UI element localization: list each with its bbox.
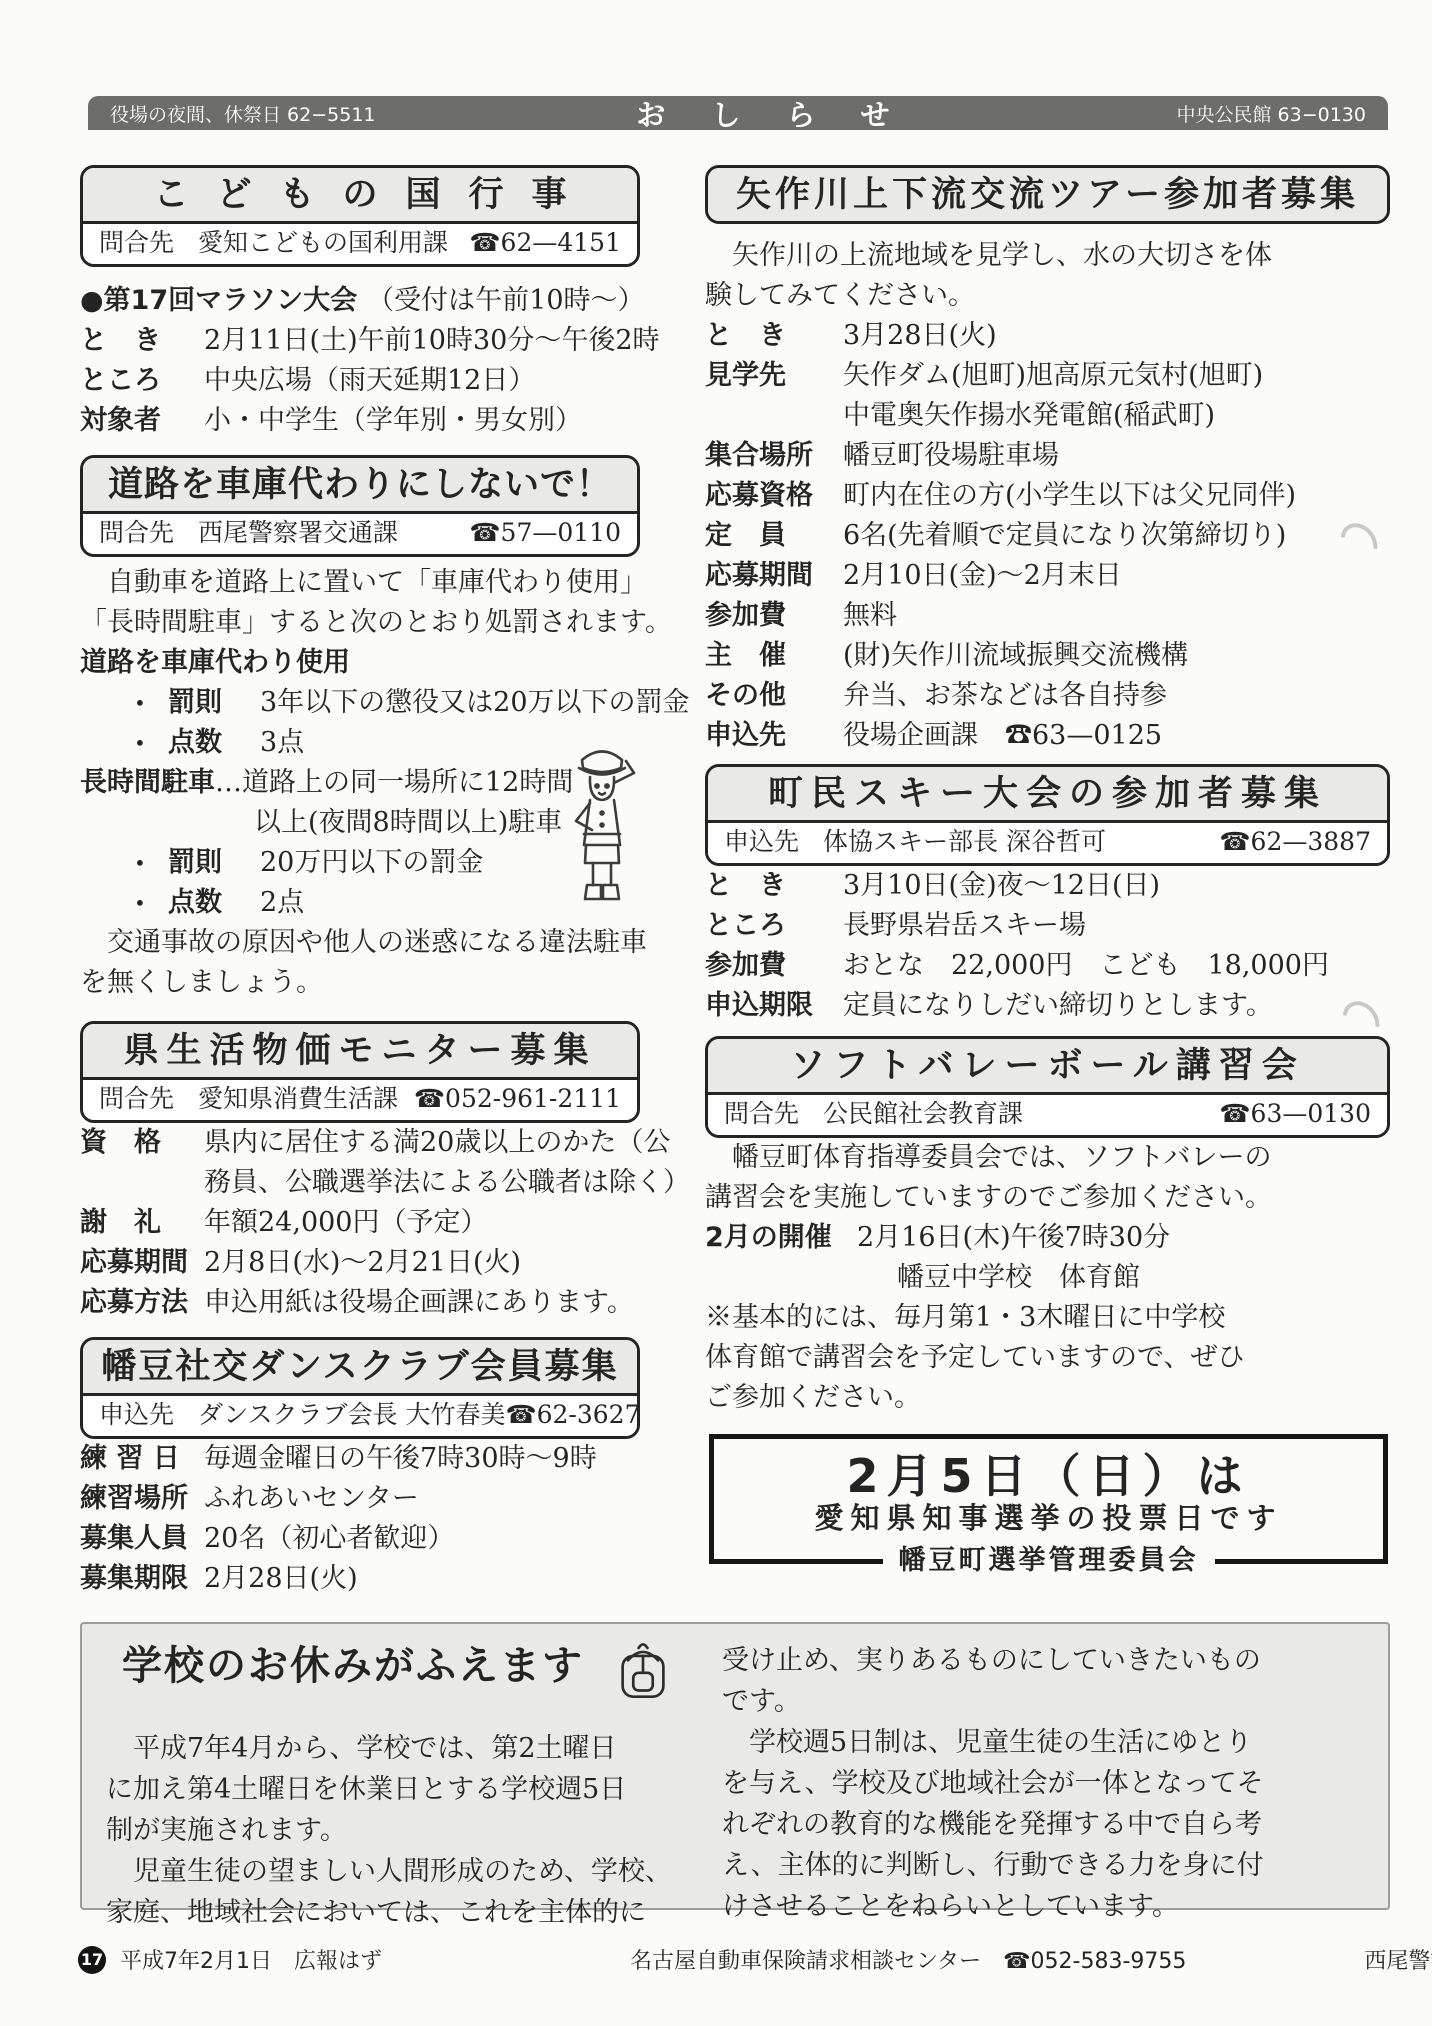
- paragraph-line: に加え第4土曜日を休業日とする学校週5日: [106, 1769, 700, 1810]
- info-row: ところ 中央広場（雨天延期12日）: [80, 361, 640, 401]
- backpack-icon: [612, 1636, 674, 1710]
- section-monitor-box: 県生活物価モニター募集 問合先 愛知県消費生活課 ☎052-961-2111: [80, 1021, 640, 1123]
- section-road-box: 道路を車庫代わりにしないで！ 問合先 西尾警察署交通課 ☎57—0110: [80, 455, 640, 557]
- page-footer: 17 平成7年2月1日 広報はず 名古屋自動車保険請求相談センター ☎052-5…: [78, 1944, 1408, 1975]
- section-title: 道路を車庫代わりにしないで！: [83, 458, 637, 514]
- contact-phone: ☎62—4151: [469, 230, 621, 255]
- row-label: 2月の開催: [705, 1218, 857, 1258]
- row-label: 対象者: [80, 401, 204, 441]
- info-row: 応募期間 2月10日(金)〜2月末日: [705, 556, 1390, 596]
- header-left-phone: 役場の夜間、休祭日 62−5511: [110, 100, 376, 127]
- info-row: 練習場所 ふれあいセンター: [80, 1479, 640, 1519]
- section-volley-box: ソフトバレーボール講習会 問合先 公民館社会教育課 ☎63—0130: [705, 1036, 1390, 1138]
- section-ski-box: 町民スキー大会の参加者募集 申込先 体協スキー部長 深谷哲可 ☎62—3887: [705, 764, 1390, 866]
- section-title: ソフトバレーボール講習会: [708, 1039, 1387, 1095]
- section-title: 矢作川上下流交流ツアー参加者募集: [708, 168, 1387, 221]
- info-row: 集合場所 幡豆町役場駐車場: [705, 436, 1390, 476]
- contact-label: 問合先: [99, 1086, 174, 1111]
- row-value: おとな 22,000円 こども 18,000円: [843, 946, 1329, 986]
- row-value: 定員になりしだい締切りとします。: [843, 986, 1273, 1026]
- info-row-continuation: 務員、公職選挙法による公職者は除く）: [80, 1163, 640, 1203]
- info-row: 応募方法 申込用紙は役場企画課にあります。: [80, 1283, 640, 1323]
- info-row: その他 弁当、お茶などは各自持参: [705, 676, 1390, 716]
- row-label: 見学先: [705, 356, 843, 396]
- row-label: 集合場所: [705, 436, 843, 476]
- row-label: ところ: [705, 906, 843, 946]
- contact-label: 申込先: [99, 1402, 174, 1427]
- row-value: 2月10日(金)〜2月末日: [843, 556, 1122, 596]
- row-value: 20万円以下の罰金: [260, 843, 483, 883]
- school-section-title: 学校のお休みがふえます: [122, 1642, 584, 1690]
- section-contact: 問合先 愛知県消費生活課 ☎052-961-2111: [83, 1080, 637, 1120]
- bullet-icon: •: [134, 843, 168, 883]
- row-value: (財)矢作川流域振興交流機構: [843, 636, 1188, 676]
- info-row: 謝 礼 年額24,000円（予定）: [80, 1203, 640, 1243]
- row-value: 無料: [843, 596, 897, 636]
- section-contact: 問合先 愛知こどもの国利用課 ☎62—4151: [83, 224, 637, 264]
- section-tour-box: 矢作川上下流交流ツアー参加者募集: [705, 165, 1390, 224]
- row-label: その他: [705, 676, 843, 716]
- election-subtitle: 愛知県知事選挙の投票日です: [714, 1501, 1383, 1535]
- contact-phone: ☎052-961-2111: [414, 1086, 621, 1111]
- section-contact: 問合先 西尾警察署交通課 ☎57—0110: [83, 514, 637, 554]
- schedule-row: 2月の開催 2月16日(木)午後7時30分: [705, 1218, 1390, 1258]
- contact-name: 体協スキー部長 深谷哲可: [823, 829, 1106, 854]
- row-value: 長野県岩岳スキー場: [843, 906, 1086, 946]
- row-label: 定 員: [705, 516, 843, 556]
- school-section-left: 学校のお休みがふえます 平成7年4月から、学校では、第2土曜日 に加え第4土曜日…: [82, 1624, 700, 1908]
- bullet-icon: •: [134, 683, 168, 723]
- row-label: 練習場所: [80, 1479, 204, 1519]
- footer-police-contact: 西尾警察署の「困りごと相談」☎57−7837: [1364, 1944, 1432, 1975]
- row-value: 2月11日(土)午前10時30分〜午後2時: [204, 321, 660, 361]
- row-label: 罰則: [168, 683, 260, 723]
- row-value: 3月28日(火): [843, 316, 997, 356]
- paragraph-line: 「長時間駐車」すると次のとおり処罰されます。: [80, 603, 640, 643]
- election-committee: 幡豆町選挙管理委員会: [883, 1541, 1215, 1581]
- school-holiday-section: 学校のお休みがふえます 平成7年4月から、学校では、第2土曜日 に加え第4土曜日…: [80, 1622, 1390, 1910]
- paragraph-line: 平成7年4月から、学校では、第2土曜日: [106, 1728, 700, 1769]
- row-value: 2点: [260, 883, 304, 923]
- paragraph-line: 験してみてください。: [705, 276, 1390, 316]
- paragraph-line: 講習会を実施していますのでご参加ください。: [705, 1178, 1390, 1218]
- newsletter-page: 役場の夜間、休祭日 62−5511 おしらせ 中央公民館 63−0130 こども…: [0, 0, 1432, 2026]
- row-value: 6名(先着順で定員になり次第締切り): [843, 516, 1286, 556]
- subheading-garage: 道路を車庫代わり使用: [80, 643, 640, 683]
- section-title: 町民スキー大会の参加者募集: [708, 767, 1387, 823]
- contact-label: 申込先: [724, 829, 799, 854]
- row-label: ところ: [80, 361, 204, 401]
- school-section-right: 受け止め、実りあるものにしていきたいもの です。 学校週5日制は、児童生徒の生活…: [700, 1624, 1388, 1908]
- info-row: 練 習 日 毎週金曜日の午後7時30時〜9時: [80, 1439, 640, 1479]
- footer-insurance-contact: 名古屋自動車保険請求相談センター ☎052-583-9755: [630, 1944, 1186, 1975]
- row-label: 謝 礼: [80, 1203, 204, 1243]
- school-title-row: 学校のお休みがふえます: [122, 1642, 700, 1710]
- row-label: 罰則: [168, 843, 260, 883]
- row-label: 応募期間: [705, 556, 843, 596]
- info-row: ところ 長野県岩岳スキー場: [705, 906, 1390, 946]
- contact-name: ダンスクラブ会長 大竹春美: [198, 1402, 505, 1427]
- info-row: と き 3月10日(金)夜〜12日(日): [705, 866, 1390, 906]
- paragraph-line: 児童生徒の望ましい人間形成のため、学校、: [106, 1851, 700, 1892]
- row-label: 応募期間: [80, 1243, 204, 1283]
- page-header-bar: 役場の夜間、休祭日 62−5511 おしらせ 中央公民館 63−0130: [88, 96, 1388, 130]
- info-row: 資 格 県内に居住する満20歳以上のかた（公: [80, 1123, 640, 1163]
- event-note: （受付は午前10時〜）: [367, 285, 644, 316]
- info-row: 参加費 無料: [705, 596, 1390, 636]
- row-label-spacer: [705, 396, 843, 436]
- section-contact: 申込先 体協スキー部長 深谷哲可 ☎62—3887: [708, 823, 1387, 863]
- bullet-icon: •: [134, 883, 168, 923]
- paragraph-line: 学校週5日制は、児童生徒の生活にゆとり: [722, 1722, 1376, 1763]
- info-row: 申込期限 定員になりしだい締切りとします。: [705, 986, 1390, 1026]
- paragraph-line: 受け止め、実りあるものにしていきたいもの: [722, 1640, 1376, 1681]
- row-value: 中電奥矢作揚水発電館(稲武町): [843, 396, 1215, 436]
- row-value: 2月8日(水)〜2月21日(火): [204, 1243, 521, 1283]
- row-value: 3点: [260, 723, 304, 763]
- paragraph-line: です。: [722, 1681, 1376, 1722]
- info-row: 主 催 (財)矢作川流域振興交流機構: [705, 636, 1390, 676]
- contact-label: 問合先: [99, 230, 174, 255]
- row-value: 中央広場（雨天延期12日）: [204, 361, 535, 401]
- policeman-illustration: [552, 733, 652, 913]
- footer-date: 平成7年2月1日 広報はず: [120, 1944, 382, 1975]
- page-title: おしらせ: [616, 93, 935, 134]
- section-title: 幡豆社交ダンスクラブ会員募集: [83, 1340, 637, 1396]
- section-dance-box: 幡豆社交ダンスクラブ会員募集 申込先 ダンスクラブ会長 大竹春美 ☎62-362…: [80, 1337, 640, 1439]
- row-value: 3月10日(金)夜〜12日(日): [843, 866, 1160, 906]
- row-label: と き: [705, 866, 843, 906]
- section-contact: 問合先 公民館社会教育課 ☎63—0130: [708, 1095, 1387, 1135]
- row-value: ふれあいセンター: [204, 1479, 419, 1519]
- info-row: と き 2月11日(土)午前10時30分〜午後2時: [80, 321, 640, 361]
- row-label: 点数: [168, 883, 260, 923]
- row-value: 弁当、お茶などは各自持参: [843, 676, 1167, 716]
- row-value: 申込用紙は役場企画課にあります。: [204, 1283, 634, 1323]
- paragraph-line: れぞれの教育的な機能を発揮する中で自ら考: [722, 1804, 1376, 1845]
- row-value: 務員、公職選挙法による公職者は除く）: [204, 1163, 690, 1203]
- note-line: ご参加ください。: [705, 1378, 1390, 1418]
- subheading-parking-bold: 長時間駐車: [80, 767, 215, 798]
- contact-name: 愛知県消費生活課: [198, 1086, 398, 1111]
- row-value: 毎週金曜日の午後7時30時〜9時: [204, 1439, 597, 1479]
- row-label: 参加費: [705, 946, 843, 986]
- row-value: 3年以下の懲役又は20万以下の罰金: [260, 683, 690, 723]
- section-title: こどもの国行事: [83, 168, 637, 224]
- note-line: 体育館で講習会を予定していますので、ぜひ: [705, 1338, 1390, 1378]
- info-row: 定 員 6名(先着順で定員になり次第締切り): [705, 516, 1390, 556]
- info-row: 見学先 矢作ダム(旭町)旭高原元気村(旭町): [705, 356, 1390, 396]
- contact-phone: ☎63—0130: [1219, 1101, 1371, 1126]
- paragraph-line: 制が実施されます。: [106, 1810, 700, 1851]
- section-title: 県生活物価モニター募集: [83, 1024, 637, 1080]
- paragraph-line: 矢作川の上流地域を見学し、水の大切さを体: [705, 236, 1390, 276]
- info-row: 募集人員 20名（初心者歓迎）: [80, 1519, 640, 1559]
- info-row: 応募資格 町内在住の方(小学生以下は父兄同伴): [705, 476, 1390, 516]
- info-row: と き 3月28日(火): [705, 316, 1390, 356]
- row-label: 募集人員: [80, 1519, 204, 1559]
- paragraph-line: 自動車を道路上に置いて「車庫代わり使用」: [80, 563, 640, 603]
- contact-phone: ☎62-3627: [505, 1402, 640, 1427]
- row-label: 参加費: [705, 596, 843, 636]
- contact-name: 西尾警察署交通課: [198, 520, 398, 545]
- section-contact: 申込先 ダンスクラブ会長 大竹春美 ☎62-3627: [83, 1396, 637, 1436]
- row-value: 小・中学生（学年別・男女別）: [204, 401, 582, 441]
- paragraph-line: え、主体的に判断し、行動できる力を身に付: [722, 1845, 1376, 1886]
- row-label: 資 格: [80, 1123, 204, 1163]
- info-row: 対象者 小・中学生（学年別・男女別）: [80, 401, 640, 441]
- contact-label: 問合先: [99, 520, 174, 545]
- contact-name: 公民館社会教育課: [823, 1101, 1023, 1126]
- row-value: 矢作ダム(旭町)旭高原元気村(旭町): [843, 356, 1263, 396]
- row-label: 応募資格: [705, 476, 843, 516]
- row-label: 点数: [168, 723, 260, 763]
- event-heading: ●第17回マラソン大会（受付は午前10時〜）: [80, 281, 640, 321]
- row-value: 町内在住の方(小学生以下は父兄同伴): [843, 476, 1296, 516]
- row-label: 募集期限: [80, 1559, 204, 1599]
- penalty-row: • 罰則 3年以下の懲役又は20万以下の罰金: [80, 683, 640, 723]
- right-column: 矢作川上下流交流ツアー参加者募集 矢作川の上流地域を見学し、水の大切さを体 験し…: [705, 145, 1390, 1564]
- bullet-icon: •: [134, 723, 168, 763]
- paragraph-line: を無くしましょう。: [80, 963, 640, 1003]
- row-label: と き: [80, 321, 204, 361]
- contact-label: 問合先: [724, 1101, 799, 1126]
- schedule-row-line2: 幡豆中学校 体育館: [705, 1258, 1390, 1298]
- row-value: 幡豆町役場駐車場: [843, 436, 1059, 476]
- row-value: 役場企画課 ☎63—0125: [843, 716, 1162, 756]
- note-line: ※基本的には、毎月第1・3木曜日に中学校: [705, 1298, 1390, 1338]
- row-label-spacer: [80, 1163, 204, 1203]
- row-value: 2月16日(木)午後7時30分: [857, 1218, 1170, 1258]
- row-label: 応募方法: [80, 1283, 204, 1323]
- info-row: 応募期間 2月8日(水)〜2月21日(火): [80, 1243, 640, 1283]
- header-right-phone: 中央公民館 63−0130: [1176, 100, 1366, 127]
- paragraph-line: 幡豆町体育指導委員会では、ソフトバレーの: [705, 1138, 1390, 1178]
- row-value: 年額24,000円（予定）: [204, 1203, 487, 1243]
- info-row: 参加費 おとな 22,000円 こども 18,000円: [705, 946, 1390, 986]
- election-date: 2月5日（日）は: [714, 1451, 1383, 1501]
- row-label: 申込期限: [705, 986, 843, 1026]
- election-notice-box: 2月5日（日）は 愛知県知事選挙の投票日です 幡豆町選挙管理委員会: [709, 1434, 1388, 1564]
- row-label: 主 催: [705, 636, 843, 676]
- info-row: 申込先 役場企画課 ☎63—0125: [705, 716, 1390, 756]
- paragraph-line: 交通事故の原因や他人の迷惑になる違法駐車: [80, 923, 640, 963]
- row-value: 県内に居住する満20歳以上のかた（公: [204, 1123, 670, 1163]
- row-label: と き: [705, 316, 843, 356]
- section-kodomo-box: こどもの国行事 問合先 愛知こどもの国利用課 ☎62—4151: [80, 165, 640, 267]
- info-row: 募集期限 2月28日(火): [80, 1559, 640, 1599]
- info-row-continuation: 中電奥矢作揚水発電館(稲武町): [705, 396, 1390, 436]
- event-name: ●第17回マラソン大会: [80, 285, 357, 316]
- paragraph-line: 家庭、地域社会においては、これを主体的に: [106, 1892, 700, 1933]
- contact-name: 愛知こどもの国利用課: [198, 230, 448, 255]
- contact-phone: ☎62—3887: [1219, 829, 1371, 854]
- paragraph-line: けさせることをねらいとしています。: [722, 1886, 1376, 1927]
- row-label: 申込先: [705, 716, 843, 756]
- paragraph-line: を与え、学校及び地域社会が一体となってそ: [722, 1763, 1376, 1804]
- subheading-parking-rest: …道路上の同一場所に12時間: [215, 767, 573, 798]
- row-value: 20名（初心者歓迎）: [204, 1519, 454, 1559]
- row-value: 2月28日(火): [204, 1559, 358, 1599]
- page-number-badge: 17: [78, 1946, 106, 1974]
- contact-phone: ☎57—0110: [469, 520, 621, 545]
- row-label: 練 習 日: [80, 1439, 204, 1479]
